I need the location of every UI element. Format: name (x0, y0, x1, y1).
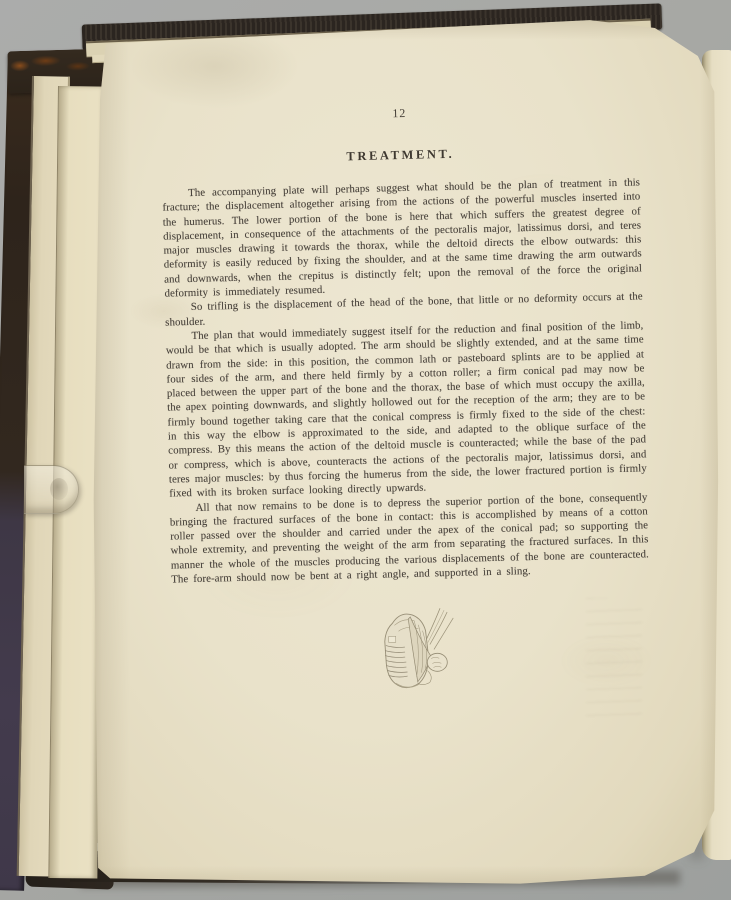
page-content: 12 TREATMENT. The accompanying plate wil… (160, 90, 652, 713)
body-paragraph: All that now remains to be done is to de… (169, 490, 649, 587)
book-page: 12 TREATMENT. The accompanying plate wil… (88, 14, 720, 888)
body-paragraph: The plan that would immediately suggest … (165, 318, 647, 501)
arm-in-sling-drawing (368, 606, 460, 704)
page-holder-clip (24, 465, 79, 514)
page-number: 12 (160, 100, 638, 126)
body-paragraph: The accompanying plate will perhaps sugg… (162, 175, 643, 301)
arm-in-sling-illustration (368, 606, 460, 709)
photograph-backdrop: 12 TREATMENT. The accompanying plate wil… (0, 0, 731, 900)
chapter-heading: TREATMENT. (161, 142, 639, 168)
